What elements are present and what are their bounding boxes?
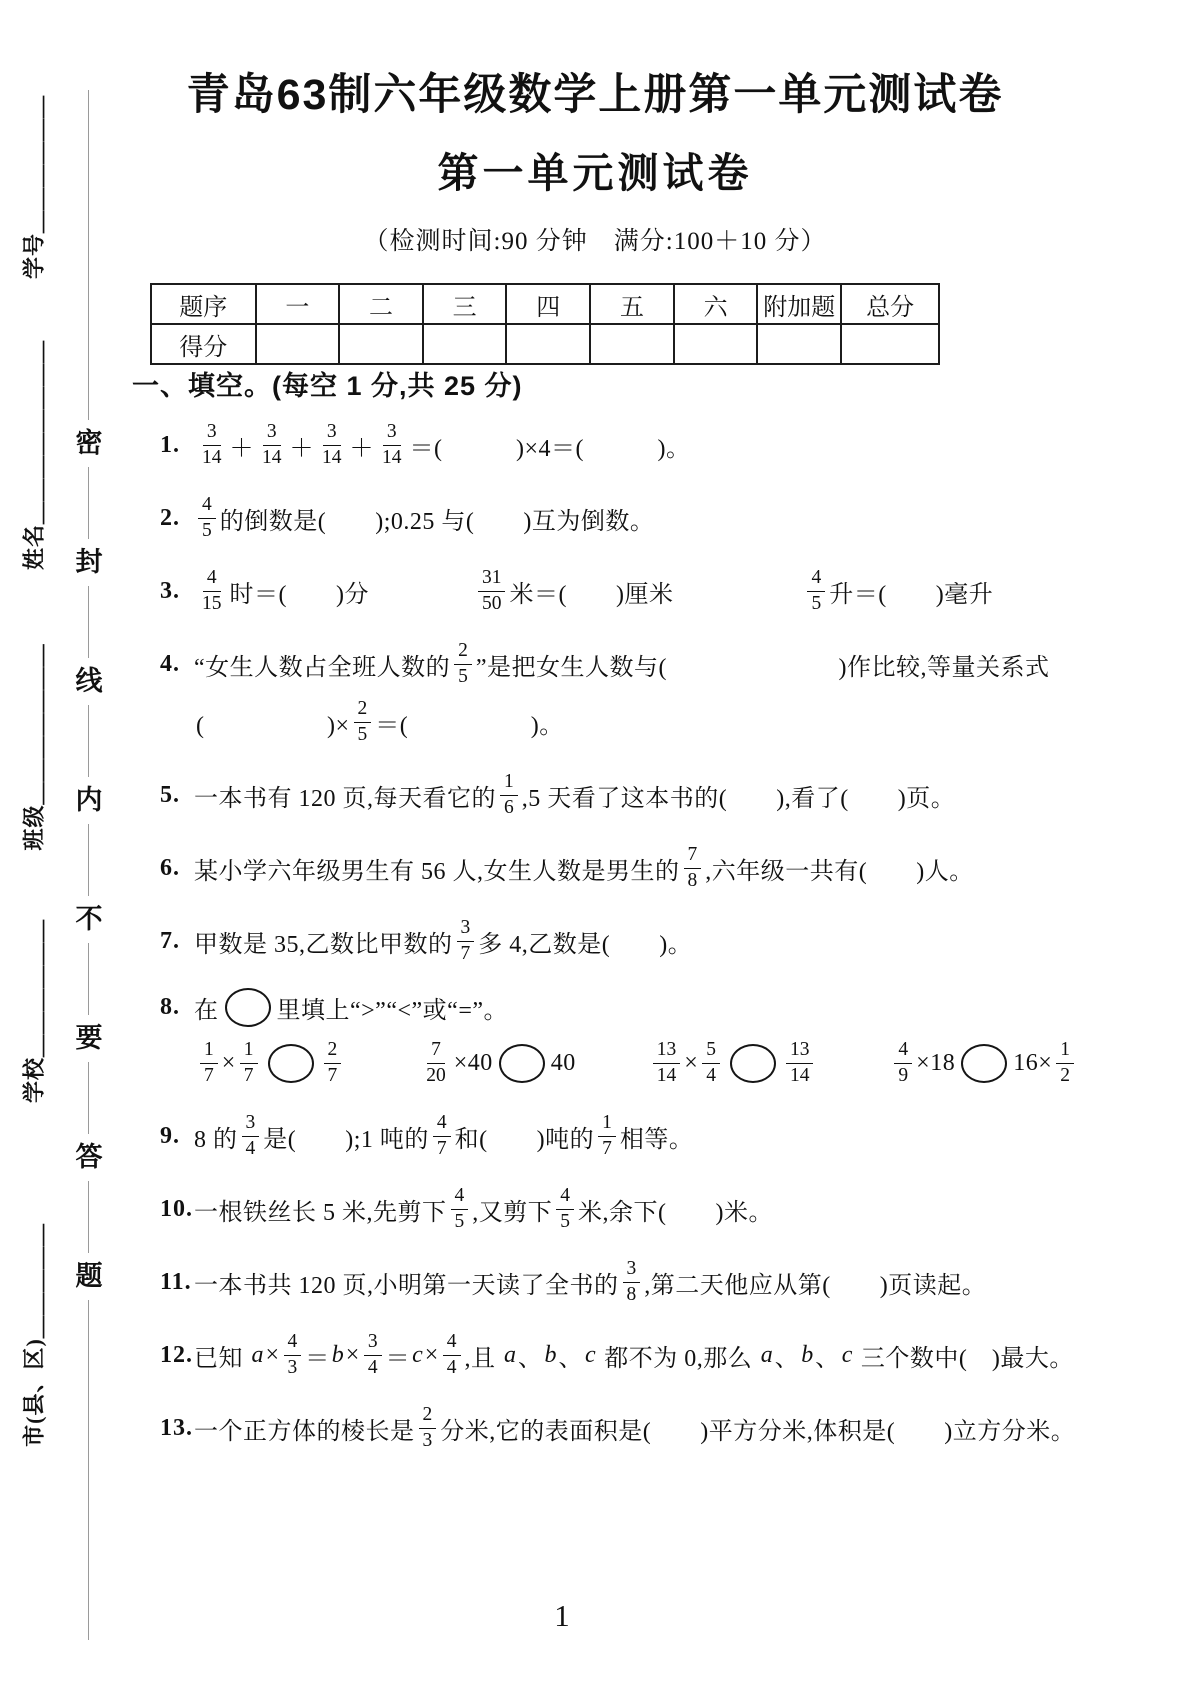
question-text: ”是把女生人数与( )作比较,等量关系式 [476, 647, 1050, 682]
seal-text-column: 密 封 线 内 不 要 答 题 [72, 420, 106, 1300]
sidebar-field-student-id: 学号＿＿＿＿＿＿ [10, 92, 56, 282]
fraction: 12 [1056, 1039, 1074, 1087]
fraction-numerator: 3 [263, 421, 281, 445]
question-number: 9. [160, 1123, 194, 1150]
comparison-group: 17×1727 [196, 1038, 345, 1088]
fraction-numerator: 3 [323, 421, 341, 445]
fraction-numerator: 2 [454, 640, 472, 664]
seal-char: 线 [76, 658, 103, 705]
fraction-numerator: 3 [242, 1112, 260, 1136]
question-line: 11.一本书共 120 页,小明第一天读了全书的38,第二天他应从第( )页读起… [160, 1256, 1082, 1308]
score-cell [757, 324, 841, 364]
question-text: 、 [815, 1338, 840, 1373]
class-label: 班级＿＿＿＿＿＿＿ [18, 643, 49, 850]
question-text: ,六年级一共有( )人。 [705, 851, 973, 886]
question-text: 分米,它的表面积是( )平方分米,体积是( )立方分米。 [440, 1411, 1075, 1446]
fraction-denominator: 5 [556, 1210, 574, 1233]
question-text: 多 4,乙数是( )。 [478, 924, 692, 959]
question-text: 、 [518, 1338, 543, 1373]
variable: c [583, 1342, 598, 1369]
question-5: 5.一本书有 120 页,每天看它的16,5 天看了这本书的( ),看了( )页… [132, 769, 1082, 821]
question-text: × [425, 1342, 439, 1369]
header-col-3: 三 [423, 284, 507, 324]
variable: b [330, 1342, 346, 1369]
fraction-denominator: 6 [500, 796, 518, 819]
fraction-denominator: 14 [318, 446, 346, 469]
question-number: 10. [160, 1196, 194, 1223]
question-line: 2.45的倒数是( );0.25 与( )互为倒数。 [160, 492, 1082, 544]
fraction: 314 [198, 421, 226, 469]
fraction: 314 [258, 421, 286, 469]
score-cell [674, 324, 758, 364]
fraction: 17 [200, 1039, 218, 1087]
comparison-circle [499, 1044, 545, 1083]
fraction-denominator: 15 [198, 592, 226, 615]
header-col-1: 一 [256, 284, 340, 324]
sidebar-field-class: 班级＿＿＿＿＿＿＿ [10, 636, 56, 858]
question-text: 、 [559, 1338, 584, 1373]
question-text: × [684, 1050, 698, 1077]
question-number: 4. [160, 651, 194, 678]
question-number: 5. [160, 782, 194, 809]
fraction-denominator: 8 [684, 869, 702, 892]
question-text: 8 的 [194, 1119, 238, 1154]
question-number: 3. [160, 578, 194, 605]
fraction-numerator: 3 [364, 1331, 382, 1355]
fraction-numerator: 4 [203, 567, 221, 591]
variable: b [799, 1342, 815, 1369]
header-col-total: 总分 [841, 284, 939, 324]
question-line: 13.一个正方体的棱长是23分米,它的表面积是( )平方分米,体积是( )立方分… [160, 1402, 1082, 1454]
question-13: 13.一个正方体的棱长是23分米,它的表面积是( )平方分米,体积是( )立方分… [132, 1402, 1082, 1454]
fraction: 49 [894, 1039, 912, 1087]
fraction-numerator: 3 [383, 421, 401, 445]
fraction: 45 [556, 1185, 574, 1233]
fraction: 25 [354, 698, 372, 746]
fraction: 34 [364, 1331, 382, 1379]
fraction-numerator: 4 [556, 1185, 574, 1209]
fraction-numerator: 1 [598, 1112, 616, 1136]
seal-char: 封 [76, 539, 103, 586]
fraction-numerator: 3 [623, 1258, 641, 1282]
fraction-denominator: 7 [200, 1064, 218, 1087]
question-4: 4.“女生人数占全班人数的25”是把女生人数与( )作比较,等量关系式( )×2… [132, 638, 1082, 748]
fraction-numerator: 5 [702, 1039, 720, 1063]
seal-char: 题 [76, 1253, 103, 1300]
variable: b [543, 1342, 559, 1369]
question-text: 一本书有 120 页,每天看它的 [194, 778, 496, 813]
fraction: 38 [623, 1258, 641, 1306]
question-text: ,且 [465, 1338, 503, 1373]
question-line: 3.415时＝( )分3150米＝( )厘米45升＝( )毫升 [160, 565, 1082, 617]
question-text: 的倒数是( );0.25 与( )互为倒数。 [220, 501, 655, 536]
question-number: 7. [160, 928, 194, 955]
question-text: 在 [194, 990, 219, 1025]
question-text: 16× [1013, 1050, 1052, 1077]
question-line: 12.已知 a×43＝b×34＝c×44,且 a、b、c 都不为 0,那么 a、… [160, 1329, 1082, 1381]
question-11: 11.一本书共 120 页,小明第一天读了全书的38,第二天他应从第( )页读起… [132, 1256, 1082, 1308]
question-text: ×18 [916, 1050, 955, 1077]
fraction-denominator: 7 [598, 1137, 616, 1160]
fraction-denominator: 14 [258, 446, 286, 469]
question-8: 8.在里填上“>”“<”或“=”。17×1727720×40401314×541… [132, 988, 1082, 1089]
section-heading: 一、填空。(每空 1 分,共 25 分) [132, 364, 1082, 403]
fraction-numerator: 31 [478, 567, 506, 591]
question-3: 3.415时＝( )分3150米＝( )厘米45升＝( )毫升 [132, 565, 1082, 617]
question-line: ( )×25＝( )。 [196, 696, 1082, 748]
fraction: 3150 [478, 567, 506, 615]
fraction-denominator: 14 [198, 446, 226, 469]
fraction-numerator: 4 [433, 1112, 451, 1136]
question-number: 1. [160, 432, 194, 459]
fraction: 314 [318, 421, 346, 469]
question-text: 三个数中( )最大。 [854, 1338, 1073, 1373]
score-table-score-row: 得分 [151, 324, 1039, 364]
fraction-denominator: 4 [364, 1356, 382, 1379]
fraction-denominator: 4 [443, 1356, 461, 1379]
variable: c [410, 1342, 425, 1369]
question-text: 已知 [194, 1338, 250, 1373]
fraction: 54 [702, 1039, 720, 1087]
fraction-numerator: 2 [324, 1039, 342, 1063]
comparison-circle [730, 1044, 776, 1083]
fraction-denominator: 7 [433, 1137, 451, 1160]
variable: a [250, 1342, 266, 1369]
question-line: 9.8 的34是( );1 吨的47和( )吨的17相等。 [160, 1110, 1082, 1162]
comparison-circle [225, 988, 271, 1027]
fraction-numerator: 2 [354, 698, 372, 722]
sidebar-field-name: 姓名＿＿＿＿＿＿＿＿ [10, 330, 56, 580]
fraction-numerator: 4 [807, 567, 825, 591]
fraction-numerator: 1 [200, 1039, 218, 1063]
fraction: 37 [457, 917, 475, 965]
question-number: 6. [160, 855, 194, 882]
fraction-denominator: 5 [354, 723, 372, 746]
comparison-group: 1314×541314 [649, 1038, 818, 1088]
fraction-denominator: 8 [623, 1283, 641, 1306]
question-12: 12.已知 a×43＝b×34＝c×44,且 a、b、c 都不为 0,那么 a、… [132, 1329, 1082, 1381]
score-cell [590, 324, 674, 364]
variable: a [759, 1342, 775, 1369]
question-number: 13. [160, 1415, 194, 1442]
question-line: 5.一本书有 120 页,每天看它的16,5 天看了这本书的( ),看了( )页… [160, 769, 1082, 821]
score-cell [256, 324, 340, 364]
question-list: 1.314＋314＋314＋314＝( )×4＝( )。2.45的倒数是( );… [132, 419, 1082, 1454]
fraction-numerator: 4 [198, 494, 216, 518]
question-text: × [222, 1050, 236, 1077]
fraction-denominator: 50 [478, 592, 506, 615]
fraction-numerator: 2 [419, 1404, 437, 1428]
fraction-denominator: 14 [378, 446, 406, 469]
fraction-numerator: 1 [500, 771, 518, 795]
fraction: 27 [324, 1039, 342, 1087]
fraction-numerator: 4 [451, 1185, 469, 1209]
question-number: 12. [160, 1342, 194, 1369]
question-text: ,又剪下 [472, 1192, 552, 1227]
fraction: 47 [433, 1112, 451, 1160]
question-text: 都不为 0,那么 [598, 1338, 759, 1373]
comparison-circle [961, 1044, 1007, 1083]
fraction-denominator: 7 [324, 1064, 342, 1087]
question-text: “女生人数占全班人数的 [194, 647, 450, 682]
fraction-denominator: 3 [284, 1356, 302, 1379]
question-text: 里填上“>”“<”或“=”。 [277, 990, 509, 1025]
fraction-denominator: 14 [786, 1064, 814, 1087]
fraction: 1314 [653, 1039, 681, 1087]
fraction: 1314 [786, 1039, 814, 1087]
fraction: 415 [198, 567, 226, 615]
comparison-circle [268, 1044, 314, 1083]
fraction: 720 [422, 1039, 450, 1087]
fraction: 43 [284, 1331, 302, 1379]
question-line: 1.314＋314＋314＋314＝( )×4＝( )。 [160, 419, 1082, 471]
fraction-denominator: 3 [419, 1429, 437, 1452]
variable: c [840, 1342, 855, 1369]
question-1: 1.314＋314＋314＋314＝( )×4＝( )。 [132, 419, 1082, 471]
fraction: 23 [419, 1404, 437, 1452]
question-2: 2.45的倒数是( );0.25 与( )互为倒数。 [132, 492, 1082, 544]
fraction-numerator: 4 [894, 1039, 912, 1063]
fraction: 34 [242, 1112, 260, 1160]
question-text: 一个正方体的棱长是 [194, 1411, 415, 1446]
question-number: 2. [160, 505, 194, 532]
fraction: 44 [443, 1331, 461, 1379]
fraction-numerator: 4 [443, 1331, 461, 1355]
question-text: ,第二天他应从第( )页读起。 [644, 1265, 986, 1300]
question-text: 一本书共 120 页,小明第一天读了全书的 [194, 1265, 619, 1300]
question-text: 升＝( )毫升 [829, 574, 993, 609]
question-text: 、 [775, 1338, 800, 1373]
test-paper-page: 学号＿＿＿＿＿＿ 姓名＿＿＿＿＿＿＿＿ 班级＿＿＿＿＿＿＿ 学校＿＿＿＿＿＿ 市… [0, 0, 1191, 1684]
fraction-denominator: 9 [894, 1064, 912, 1087]
header-question-order: 题序 [151, 284, 256, 324]
fraction-denominator: 20 [422, 1064, 450, 1087]
header: 青岛63制六年级数学上册第一单元测试卷 第一单元测试卷 （检测时间:90 分钟 … [100, 70, 1090, 257]
sidebar-field-city-district: 市(县、区)＿＿＿＿＿ [10, 1206, 56, 1464]
question-text: ×40 [454, 1050, 493, 1077]
score-table-header-row: 题序 一 二 三 四 五 六 附加题 总分 [151, 284, 1039, 324]
exam-info: （检测时间:90 分钟 满分:100＋10 分） [100, 221, 1090, 257]
question-text: ＋ [350, 428, 375, 463]
question-number: 11. [160, 1269, 194, 1296]
header-col-5: 五 [590, 284, 674, 324]
question-text: 米,余下( )米。 [578, 1192, 773, 1227]
fraction: 25 [454, 640, 472, 688]
questions-area: 一、填空。(每空 1 分,共 25 分) 1.314＋314＋314＋314＝(… [132, 364, 1082, 1475]
question-text: 某小学六年级男生有 56 人,女生人数是男生的 [194, 851, 680, 886]
fraction-denominator: 7 [457, 942, 475, 965]
school-label: 学校＿＿＿＿＿＿ [18, 919, 49, 1103]
question-text: 时＝( )分 [230, 574, 369, 609]
header-col-6: 六 [674, 284, 758, 324]
seal-char: 内 [76, 777, 103, 824]
fraction-denominator: 2 [1056, 1064, 1074, 1087]
score-cell [423, 324, 507, 364]
fraction-numerator: 7 [684, 844, 702, 868]
fraction-denominator: 4 [242, 1137, 260, 1160]
question-line: 7.甲数是 35,乙数比甲数的37多 4,乙数是( )。 [160, 915, 1082, 967]
question-line: 6.某小学六年级男生有 56 人,女生人数是男生的78,六年级一共有( )人。 [160, 842, 1082, 894]
question-text: × [346, 1342, 360, 1369]
score-cell [506, 324, 590, 364]
header-col-bonus: 附加题 [757, 284, 841, 324]
question-text: ＝( )。 [375, 705, 563, 740]
name-label: 姓名＿＿＿＿＿＿＿＿ [18, 340, 49, 570]
question-text: ＝( )×4＝( )。 [410, 428, 691, 463]
fraction: 17 [240, 1039, 258, 1087]
gap-spacer [369, 591, 474, 592]
fraction-numerator: 1 [240, 1039, 258, 1063]
fraction-numerator: 3 [203, 421, 221, 445]
student-id-label: 学号＿＿＿＿＿＿ [18, 95, 49, 279]
question-line: 10.一根铁丝长 5 米,先剪下45,又剪下45米,余下( )米。 [160, 1183, 1082, 1235]
fraction-numerator: 4 [284, 1331, 302, 1355]
question-text: 一根铁丝长 5 米,先剪下 [194, 1192, 447, 1227]
fraction-numerator: 13 [653, 1039, 681, 1063]
fraction-denominator: 4 [702, 1064, 720, 1087]
seal-char: 密 [76, 420, 103, 467]
comparison-group: 720×4040 [418, 1038, 576, 1088]
fraction: 17 [598, 1112, 616, 1160]
question-text: 相等。 [620, 1119, 694, 1154]
seal-char: 不 [76, 896, 103, 943]
gap-spacer [673, 591, 803, 592]
fraction: 45 [451, 1185, 469, 1233]
fraction-numerator: 3 [457, 917, 475, 941]
question-text: 米＝( )厘米 [509, 574, 673, 609]
fraction-denominator: 5 [807, 592, 825, 615]
header-col-2: 二 [339, 284, 423, 324]
score-row-label: 得分 [151, 324, 256, 364]
paper-title: 青岛63制六年级数学上册第一单元测试卷 [100, 70, 1090, 122]
question-text: 是( );1 吨的 [263, 1119, 429, 1154]
question-text: ＋ [230, 428, 255, 463]
question-text: ＝ [305, 1338, 330, 1373]
fraction: 78 [684, 844, 702, 892]
seal-char: 要 [76, 1015, 103, 1062]
question-9: 9.8 的34是( );1 吨的47和( )吨的17相等。 [132, 1110, 1082, 1162]
question-line: 4.“女生人数占全班人数的25”是把女生人数与( )作比较,等量关系式 [160, 638, 1082, 690]
question-line: 8.在里填上“>”“<”或“=”。 [160, 988, 1082, 1027]
header-col-4: 四 [506, 284, 590, 324]
question-number: 8. [160, 994, 194, 1021]
fraction-denominator: 5 [451, 1210, 469, 1233]
fraction-denominator: 14 [653, 1064, 681, 1087]
question-7: 7.甲数是 35,乙数比甲数的37多 4,乙数是( )。 [132, 915, 1082, 967]
fraction-numerator: 7 [427, 1039, 445, 1063]
fraction-numerator: 13 [786, 1039, 814, 1063]
fraction: 45 [807, 567, 825, 615]
unit-title: 第一单元测试卷 [100, 140, 1090, 199]
question-line: 17×1727720×40401314×54131449×1816×12 [196, 1037, 1082, 1089]
fraction: 314 [378, 421, 406, 469]
question-text: ( )× [196, 705, 350, 740]
city-district-label: 市(县、区)＿＿＿＿＿ [18, 1223, 49, 1447]
score-table: 题序 一 二 三 四 五 六 附加题 总分 得分 [150, 283, 1040, 365]
question-text: 40 [551, 1050, 576, 1077]
variable: a [502, 1342, 518, 1369]
sidebar-field-school: 学校＿＿＿＿＿＿ [10, 912, 56, 1110]
score-cell [841, 324, 939, 364]
question-text: ＝ [386, 1338, 411, 1373]
fraction-numerator: 1 [1056, 1039, 1074, 1063]
fraction: 45 [198, 494, 216, 542]
question-text: ＋ [290, 428, 315, 463]
fraction-denominator: 5 [198, 519, 216, 542]
seal-char: 答 [76, 1134, 103, 1181]
question-text: 和( )吨的 [455, 1119, 594, 1154]
question-text: × [266, 1342, 280, 1369]
fraction-denominator: 7 [240, 1064, 258, 1087]
score-cell [339, 324, 423, 364]
question-10: 10.一根铁丝长 5 米,先剪下45,又剪下45米,余下( )米。 [132, 1183, 1082, 1235]
question-text: 甲数是 35,乙数比甲数的 [194, 924, 453, 959]
question-6: 6.某小学六年级男生有 56 人,女生人数是男生的78,六年级一共有( )人。 [132, 842, 1082, 894]
question-text: ,5 天看了这本书的( ),看了( )页。 [522, 778, 955, 813]
page-number: 1 [132, 1598, 992, 1634]
fraction: 16 [500, 771, 518, 819]
comparison-group: 49×1816×12 [890, 1038, 1078, 1088]
fraction-denominator: 5 [454, 665, 472, 688]
